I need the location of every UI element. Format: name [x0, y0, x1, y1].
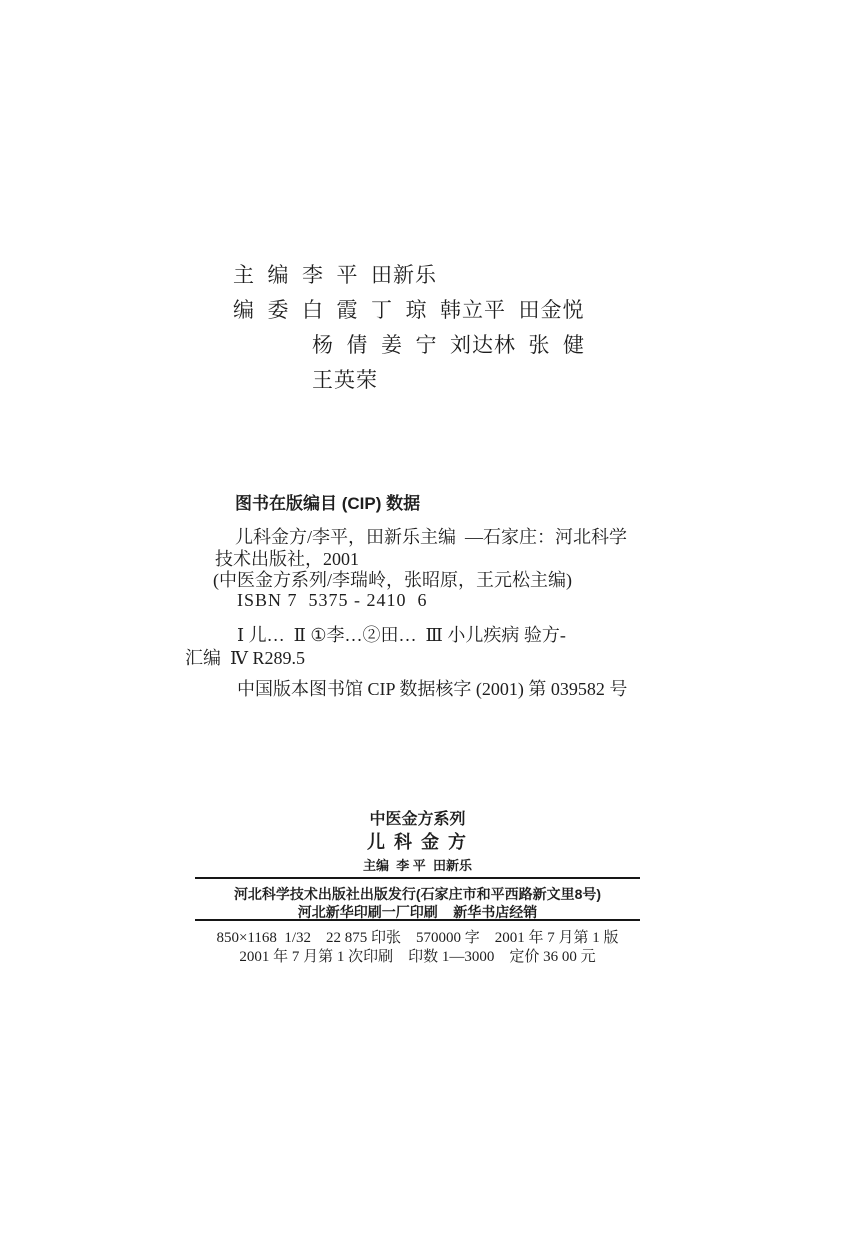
chief-editor-line: 主 编 李 平 田新乐 — [233, 258, 585, 293]
cip-record-number: 中国版本图书馆 CIP 数据核字 (2001) 第 039582 号 — [237, 675, 627, 701]
editorial-committee-line-3: 王英荣 — [312, 363, 585, 398]
cip-heading: 图书在版编目 (CIP) 数据 — [235, 489, 420, 514]
imprint-series-title: 中医金方系列 — [195, 806, 640, 829]
editorial-board-block: 主 编 李 平 田新乐 编 委 白 霞 丁 琼 韩立平 田金悦 杨 倩 姜 宁 … — [233, 258, 585, 398]
publisher-line: 河北科学技术出版社出版发行(石家庄市和平西路新文里8号) — [195, 884, 640, 904]
imprint-divider-middle — [195, 919, 640, 921]
copyright-page: 主 编 李 平 田新乐 编 委 白 霞 丁 琼 韩立平 田金悦 杨 倩 姜 宁 … — [0, 0, 858, 1260]
cip-classification-line-2: 汇编 Ⅳ R289.5 — [185, 644, 305, 670]
print-run-line: 2001 年 7 月第 1 次印刷 印数 1—3000 定价 36 00 元 — [195, 945, 640, 966]
imprint-book-title: 儿 科 金 方 — [195, 828, 640, 854]
editorial-committee-line-2: 杨 倩 姜 宁 刘达林 张 健 — [312, 328, 585, 363]
imprint-editors-line: 主编 李 平 田新乐 — [195, 855, 640, 874]
imprint-divider-top — [195, 877, 640, 879]
isbn-line: ISBN 7 5375 - 2410 6 — [237, 590, 428, 611]
print-spec-line: 850×1168 1/32 22 875 印张 570000 字 2001 年 … — [195, 926, 640, 947]
editorial-committee-line-1: 编 委 白 霞 丁 琼 韩立平 田金悦 — [233, 293, 585, 328]
cip-series-note: (中医金方系列/李瑞岭，张昭原，王元松主编) — [213, 566, 572, 592]
